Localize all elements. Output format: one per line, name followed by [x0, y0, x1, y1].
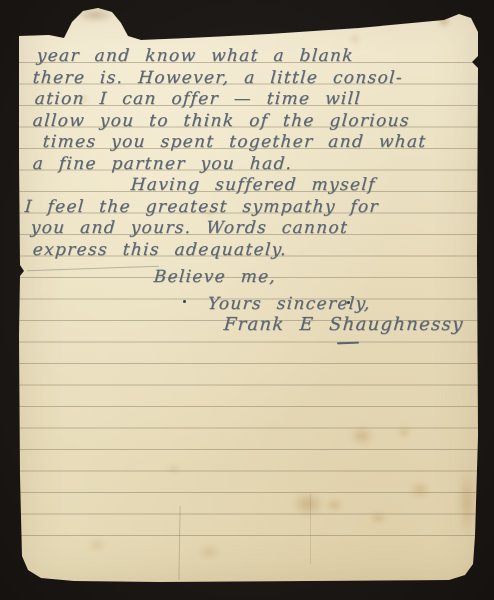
- crease: [310, 494, 311, 564]
- stain: [409, 481, 431, 499]
- stain: [167, 464, 181, 474]
- closing-valediction: Yours sincerely,: [207, 293, 372, 315]
- handwriting-line-7: Having suffered myself: [130, 174, 376, 196]
- stain: [457, 466, 477, 536]
- letter-scan-background: year and know what a blank there is. How…: [0, 0, 494, 600]
- handwriting-line-1: year and know what a blank: [36, 45, 355, 67]
- closing-believe-me: Believe me,: [153, 266, 277, 288]
- stain: [75, 8, 115, 22]
- handwriting-line-3: ation I can offer — time will: [34, 88, 362, 110]
- stain: [349, 426, 375, 446]
- crease: [178, 506, 180, 580]
- stain: [325, 498, 343, 512]
- stain: [397, 426, 411, 438]
- stain: [291, 491, 325, 517]
- handwriting-line-2: there is. However, a little consol-: [32, 67, 404, 89]
- letter-paper: year and know what a blank there is. How…: [19, 6, 478, 582]
- stain: [437, 16, 451, 27]
- signature: Frank E Shaughnessy: [223, 314, 464, 336]
- handwriting-line-9: you and yours. Words cannot: [30, 217, 349, 239]
- stain: [369, 511, 387, 525]
- handwriting-line-10: express this adequately.: [32, 239, 288, 261]
- handwriting-line-4: allow you to think of the glorious: [32, 110, 411, 132]
- stain: [87, 538, 107, 552]
- handwriting-line-5: times you spent together and what: [42, 131, 427, 153]
- handwriting-line-8: I feel the greatest sympathy for: [24, 196, 380, 218]
- ink-dot: [183, 300, 186, 303]
- stain: [349, 34, 361, 44]
- handwriting-line-6: a fine partner you had.: [32, 153, 293, 175]
- stain: [197, 544, 221, 560]
